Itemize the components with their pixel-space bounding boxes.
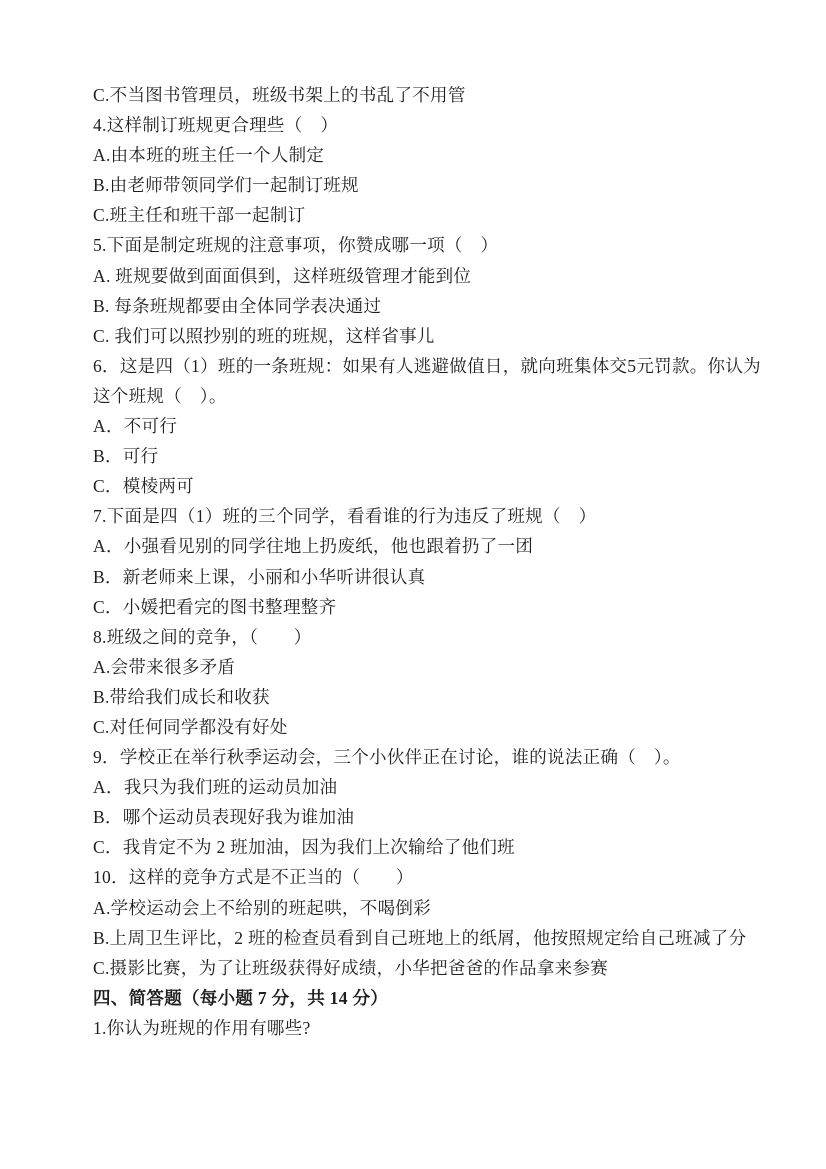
question-4-option-b: B.由老师带领同学们一起制订班规 [93,170,756,200]
section-4-heading: 四、简答题（每小题 7 分，共 14 分） [93,983,756,1013]
question-8-option-b: B.带给我们成长和收获 [93,682,756,712]
question-7: 7.下面是四（1）班的三个同学，看看谁的行为违反了班规（ ） [93,501,756,531]
question-10-option-b: B.上周卫生评比，2 班的检查员看到自己班地上的纸屑，他按照规定给自己班减了分 [93,923,756,953]
question-7-option-b: B．新老师来上课，小丽和小华听讲很认真 [93,562,756,592]
question-6-option-c: C．模棱两可 [93,471,756,501]
question-8: 8.班级之间的竞争，（ ） [93,622,756,652]
question-10-option-a: A.学校运动会上不给别的班起哄，不喝倒彩 [93,893,756,923]
section-4-question-1: 1.你认为班规的作用有哪些? [93,1013,756,1043]
question-6-option-a: A．不可行 [93,411,756,441]
question-7-option-c: C．小媛把看完的图书整理整齐 [93,592,756,622]
question-4-option-a: A.由本班的班主任一个人制定 [93,140,756,170]
question-8-option-a: A.会带来很多矛盾 [93,652,756,682]
question-9-option-b: B．哪个运动员表现好我为谁加油 [93,802,756,832]
question-3-option-c: C.不当图书管理员，班级书架上的书乱了不用管 [93,80,756,110]
question-10: 10．这样的竞争方式是不正当的（ ） [93,862,756,892]
question-4: 4.这样制订班规更合理些（ ） [93,110,756,140]
question-5-option-b: B. 每条班规都要由全体同学表决通过 [93,291,756,321]
question-6-option-b: B．可行 [93,441,756,471]
question-10-option-c: C.摄影比赛，为了让班级获得好成绩，小华把爸爸的作品拿来参赛 [93,953,756,983]
question-6-line-1: 6．这是四（1）班的一条班规：如果有人逃避做值日，就向班集体交5元罚款。你认为 [93,351,756,381]
question-7-option-a: A．小强看见别的同学往地上扔废纸，他也跟着扔了一团 [93,531,756,561]
question-5-option-c: C. 我们可以照抄别的班的班规，这样省事儿 [93,321,756,351]
question-4-option-c: C.班主任和班干部一起制订 [93,200,756,230]
question-6-line-2: 这个班规（ ）。 [93,381,756,411]
question-5-option-a: A. 班规要做到面面俱到，这样班级管理才能到位 [93,261,756,291]
question-8-option-c: C.对任何同学都没有好处 [93,712,756,742]
question-9-option-a: A．我只为我们班的运动员加油 [93,772,756,802]
document-page: C.不当图书管理员，班级书架上的书乱了不用管 4.这样制订班规更合理些（ ） A… [0,0,826,1169]
question-9: 9．学校正在举行秋季运动会，三个小伙伴正在讨论，谁的说法正确（ ）。 [93,742,756,772]
question-9-option-c: C．我肯定不为 2 班加油，因为我们上次输给了他们班 [93,832,756,862]
question-5: 5.下面是制定班规的注意事项，你赞成哪一项（ ） [93,230,756,260]
